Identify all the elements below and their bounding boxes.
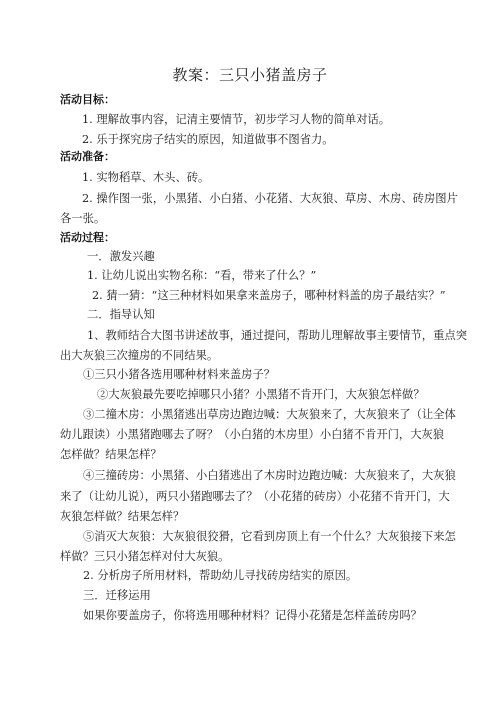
prep-item-2-cont: 各一张。 — [60, 212, 105, 226]
process-line-14: 灰狼怎样做？结果怎样？ — [60, 510, 184, 524]
process-line-12: ④三撞砖房：小黑猪、小白猪逃出了木房时边跑边喊：大灰狼来了，大灰狼 — [83, 469, 456, 483]
process-line-13: 来了（让幼儿说），两只小猪跑哪去了？（小花猪的砖房）小花猪不肯开门，大 — [60, 490, 450, 504]
process-line-1: 一．激发兴趣 — [87, 250, 155, 264]
process-line-8: ②大灰狼最先要吃掉哪只小猪？小黑猪不肯开门，大灰狼怎样做？ — [97, 388, 425, 402]
process-line-11: 怎样做？结果怎样？ — [60, 448, 162, 462]
process-line-17: 2. 分析房子所用材料，帮助幼儿寻找砖房结实的原因。 — [83, 569, 357, 583]
goal-item-2: 2. 乐于探究房子结实的原因，知道做事不图省力。 — [82, 133, 334, 147]
process-line-15: ⑤消灭大灰狼：大灰狼很狡猾，它看到房顶上有一个什么？大灰狼接下来怎 — [83, 530, 456, 544]
prep-item-2: 2. 操作图一张，小黑猪、小白猪、小花猪、大灰狼、草房、木房、砖房图片 — [82, 192, 458, 206]
goal-item-1: 1. 理解故事内容，记清主要情节，初步学习人物的简单对话。 — [82, 113, 390, 127]
process-line-3: 2. 猜一猜：“这三种材料如果拿来盖房子，哪种材料盖的房子最结实？” — [92, 289, 446, 303]
section-heading-process: 活动过程： — [60, 231, 115, 245]
process-line-19: 如果你要盖房子，你将选用哪种材料？记得小花猪是怎样盖砖房吗？ — [83, 609, 422, 623]
section-heading-preparation: 活动准备： — [60, 150, 115, 164]
process-line-6: 出大灰狼三次撞房的不同结果。 — [60, 349, 218, 363]
prep-item-1: 1. 实物稻草、木头、砖。 — [82, 171, 209, 185]
page-title: 教案：三只小猪盖房子 — [0, 64, 500, 85]
section-heading-goals: 活动目标： — [60, 93, 115, 107]
process-line-9: ③二撞木房：小黑猪逃出草房边跑边喊：大灰狼来了，大灰狼来了（让全体 — [83, 408, 456, 422]
process-line-10: 幼儿跟读）小黑猪跑哪去了呀？（小白猪的木房里）小白猪不肯开门，大灰狼 — [60, 428, 444, 442]
process-line-7: ①三只小猪各选用哪种材料来盖房子？ — [83, 368, 275, 382]
process-line-2: 1. 让幼儿说出实物名称：“看，带来了什么？” — [87, 269, 316, 283]
process-line-5: 1、教师结合大图书讲述故事，通过提问，帮助儿理解故事主要情节，重点突 — [87, 329, 467, 343]
process-line-4: 二．指导认知 — [87, 308, 155, 322]
process-line-18: 三．迁移运用 — [83, 589, 151, 603]
process-line-16: 样做？三只小猪怎样对付大灰狼。 — [60, 550, 229, 564]
document-page: 教案：三只小猪盖房子 活动目标： 1. 理解故事内容，记清主要情节，初步学习人物… — [0, 0, 500, 707]
